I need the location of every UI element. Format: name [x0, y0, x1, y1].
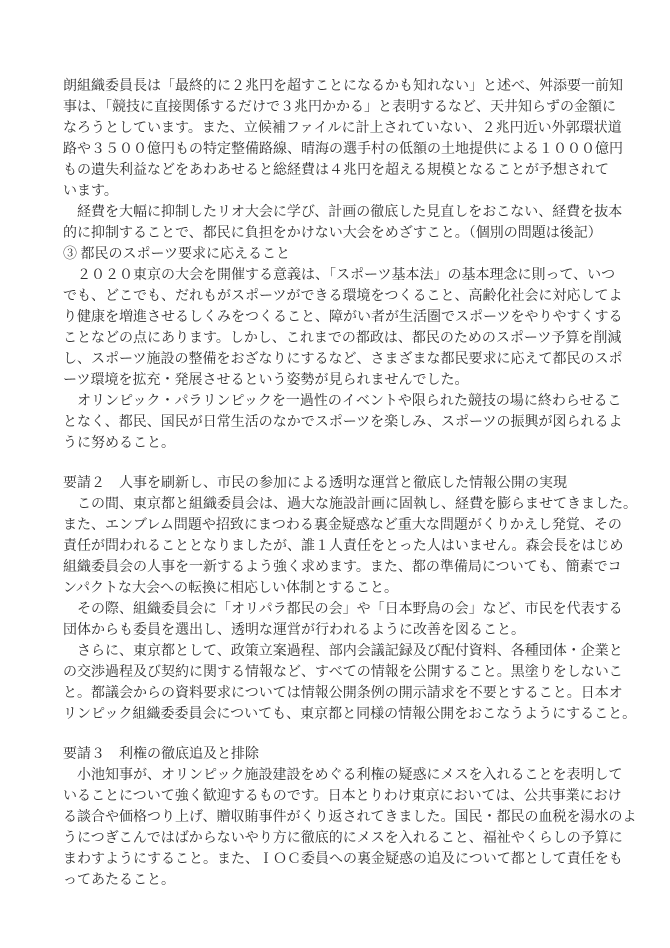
text-line: ことなどの点にあります。しかし、これまでの都政は、都民のためのスポーツ予算を削減 — [63, 328, 611, 349]
text-line: なろうとしています。また、立候補ファイルに計上されていない、２兆円近い外郭環状道 — [63, 118, 611, 139]
section-heading-yousei-3: 要請３ 利権の徹底追及と排除 — [63, 744, 611, 765]
text-line: 的に抑制することで、都民に負担をかけない大会をめざすこと。（個別の問題は後記） — [63, 223, 611, 244]
text-line: ってあたること。 — [63, 870, 611, 891]
document-text-block: 朗組織委員長は「最終的に２兆円を超すことになるかも知れない」と述べ、舛添要一前知… — [63, 76, 611, 891]
text-line: また、エンブレム問題や招致にまつわる裏金疑惑など重大な問題がくりかえし発覚、その — [63, 515, 611, 536]
section-heading-yousei-2: 要請２ 人事を刷新し、市民の参加による透明な運営と徹底した情報公開の実現 — [63, 473, 611, 494]
text-line: でも、どこでも、だれもがスポーツができる環境をつくること、高齢化社会に対応してよ — [63, 286, 611, 307]
text-line: うに努めること。 — [63, 433, 611, 454]
text-line: まわすようにすること。また、ＩＯＣ委員への裏金疑惑の追及について都として責任をも — [63, 849, 611, 870]
blank-line — [63, 454, 611, 473]
text-line: となく、都民、国民が日常生活のなかでスポーツを楽しみ、スポーツの振興が図られるよ — [63, 412, 611, 433]
blank-line — [63, 725, 611, 744]
text-line: 組織委員会の人事を一新するよう強く求めます。また、都の準備局についても、簡素でコ — [63, 557, 611, 578]
text-line: 朗組織委員長は「最終的に２兆円を超すことになるかも知れない」と述べ、舛添要一前知 — [63, 76, 611, 97]
text-line: る談合や価格つり上げ、贈収賄事件がくり返されてきました。国民・都民の血税を湯水の… — [63, 807, 611, 828]
text-line: 責任が問われることとなりましたが、誰１人責任をとった人はいません。森会長をはじめ — [63, 536, 611, 557]
text-line: ーツ環境を拡充・発展させるという姿勢が見られませんでした。 — [63, 370, 611, 391]
list-item-circled-3: ③ 都民のスポーツ要求に応えること — [63, 244, 611, 265]
text-line: 経費を大幅に抑制したリオ大会に学び、計画の徹底した見直しをおこない、経費を抜本 — [63, 202, 611, 223]
text-line: さらに、東京都として、政策立案過程、部内会議記録及び配付資料、各種団体・企業と — [63, 641, 611, 662]
text-line: いることについて強く歓迎するものです。日本とりわけ東京においては、公共事業におけ — [63, 786, 611, 807]
text-line: 事は、「競技に直接関係するだけで３兆円かかる」と表明するなど、天井知らずの金額に — [63, 97, 611, 118]
text-line: この間、東京都と組織委員会は、過大な施設計画に固執し、経費を膨らませてきました。 — [63, 494, 611, 515]
text-line: と。都議会からの資料要求については情報公開条例の開示請求を不要とすること。日本オ — [63, 683, 611, 704]
text-line: リンピック組織委委員会についても、東京都と同様の情報公開をおこなうようにすること… — [63, 704, 611, 725]
text-line: ンパクトな大会への転換に相応しい体制とすること。 — [63, 578, 611, 599]
text-line: オリンピック・パラリンピックを一過性のイベントや限られた競技の場に終わらせるこ — [63, 391, 611, 412]
text-line: 路や３５００億円もの特定整備路線、晴海の選手村の低額の土地提供による１０００億円 — [63, 139, 611, 160]
text-line: 団体からも委員を選出し、透明な運営が行われるように改善を図ること。 — [63, 620, 611, 641]
text-line: もの遺失利益などをあわあせると総経費は４兆円を超える規模となることが予想されて — [63, 160, 611, 181]
text-line: ２０２０東京の大会を開催する意義は、「スポーツ基本法」の基本理念に則って、いつ — [63, 265, 611, 286]
text-line: います。 — [63, 181, 611, 202]
text-line: し、スポーツ施設の整備をおざなりにするなど、さまざまな都民要求に応えて都民のスポ — [63, 349, 611, 370]
text-line: うにつぎこんではばからないやり方に徹底的にメスを入れること、福祉やくらしの予算に — [63, 828, 611, 849]
document-page: 朗組織委員長は「最終的に２兆円を超すことになるかも知れない」と述べ、舛添要一前知… — [0, 0, 670, 948]
text-line: の交渉過程及び契約に関する情報など、すべての情報を公開すること。黒塗りをしないこ — [63, 662, 611, 683]
text-line: 小池知事が、オリンピック施設建設をめぐる利権の疑惑にメスを入れることを表明して — [63, 765, 611, 786]
text-line: り健康を増進させるしくみをつくること、障がい者が生活圏でスポーツをやりやすくする — [63, 307, 611, 328]
text-line: その際、組織委員会に「オリパラ都民の会」や「日本野鳥の会」など、市民を代表する — [63, 599, 611, 620]
